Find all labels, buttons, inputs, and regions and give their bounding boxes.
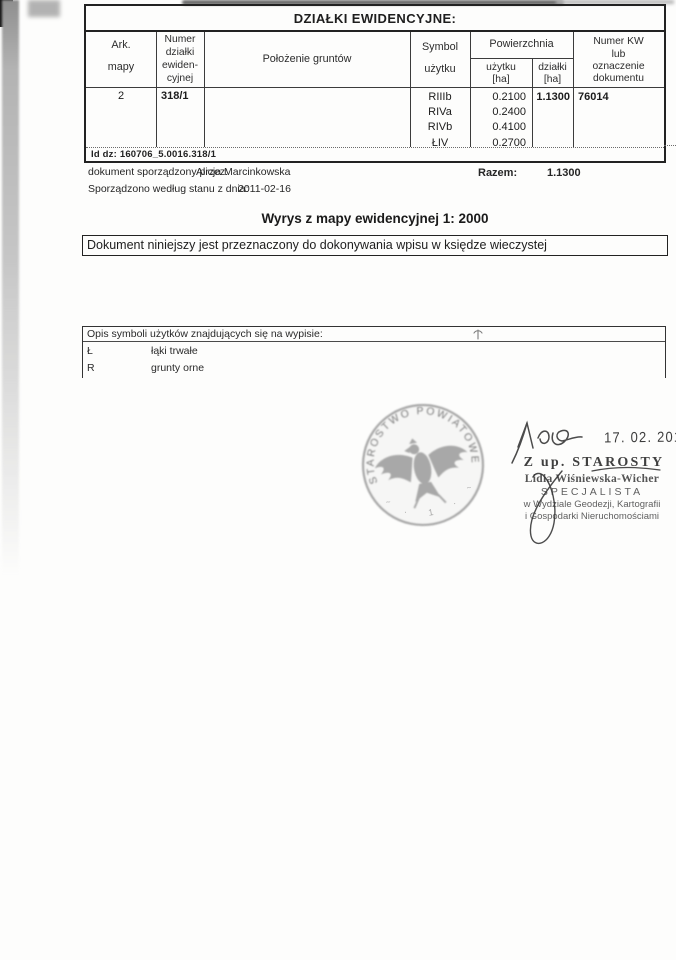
parcel-id-line: Id dz: 160706_5.0016.318/1 [91, 149, 216, 160]
cell-uzytku-ha-2: 0.2400 [470, 106, 526, 118]
cadastral-table: DZIAŁKI EWIDENCYJNE: Ark. mapy Numer dzi… [84, 4, 666, 163]
symbol-L: Ł [87, 345, 93, 357]
table-title: DZIAŁKI EWIDENCYJNE: [86, 6, 664, 32]
col-header-numer: Numer [156, 34, 204, 45]
subcol-uzytku: użytku [470, 62, 532, 73]
col-header-kw3: oznaczenie [573, 61, 664, 72]
scan-corner-smudge [28, 0, 60, 17]
prepared-by-value: Alicja Marcinkowska [196, 166, 291, 178]
subcol-dzialki-unit: [ha] [532, 74, 573, 85]
stray-pen-mark-icon [471, 328, 485, 342]
symbol-R-desc: grunty orne [151, 362, 204, 374]
dotted-separator-overhang [664, 145, 676, 146]
col-header-ewiden: ewiden- [156, 60, 204, 71]
cell-symbol-3: RIVb [410, 121, 470, 133]
symbols-box: Opis symboli użytków znajdujących się na… [82, 326, 666, 378]
symbols-box-title: Opis symboli użytków znajdujących się na… [83, 327, 665, 342]
col-header-mapy: mapy [86, 61, 156, 73]
cell-symbol-1: RIIIb [410, 91, 470, 103]
map-extract-title: Wyrys z mapy ewidencyjnej 1: 2000 [84, 211, 666, 226]
col-header-powierzchnia: Powierzchnia [470, 38, 573, 50]
subcol-dzialki: działki [532, 62, 573, 73]
scanned-cadastral-document: DZIAŁKI EWIDENCYJNE: Ark. mapy Numer dzi… [0, 0, 676, 960]
cell-uzytku-ha-3: 0.4100 [470, 121, 526, 133]
scan-edge-shadow [2, 0, 19, 575]
dotted-separator [86, 147, 664, 148]
paraph-loop-1 [538, 431, 549, 443]
cell-numer-kw: 76014 [578, 91, 609, 103]
symbol-R: R [87, 362, 95, 374]
cell-numer-dzialki: 318/1 [161, 90, 189, 102]
cell-uzytku-ha-1: 0.2100 [470, 91, 526, 103]
symbol-L-desc: łąki trwałe [151, 345, 198, 357]
subcol-uzytku-unit: [ha] [470, 74, 532, 85]
status-date-label: Sporządzono według stanu z dnia: [88, 183, 249, 195]
paraph-loop-2 [552, 430, 582, 444]
col-header-symbol: Symbol [410, 41, 470, 53]
col-header-uzytku: użytku [410, 63, 470, 75]
col-header-kw2: lub [573, 49, 664, 60]
purpose-note-box: Dokument niniejszy jest przeznaczony do … [82, 235, 668, 256]
col-header-polozenie: Położenie gruntów [204, 53, 410, 65]
razem-label: Razem: [478, 167, 517, 179]
razem-value: 1.1300 [547, 167, 581, 179]
status-date-value: 2011-02-16 [238, 183, 291, 195]
col-header-dzialki: działki [156, 47, 204, 58]
grid-line [204, 32, 205, 147]
handwritten-signature [500, 415, 676, 565]
cell-ark-mapy: 2 [86, 90, 156, 102]
signature-underline [592, 468, 660, 472]
col-header-kw4: dokumentu [573, 73, 664, 84]
signature-loop [530, 471, 562, 543]
col-header-kw1: Numer KW [573, 36, 664, 47]
cell-symbol-4: ŁIV [410, 137, 470, 149]
cell-uzytku-ha-4: 0.2700 [470, 137, 526, 149]
round-official-stamp: STAROSTWO POWIATOWE · 1 · ~ ~ [350, 398, 500, 538]
col-header-ark: Ark. [86, 39, 156, 51]
col-header-cyjnej: cyjnej [156, 73, 204, 84]
grid-line [86, 87, 664, 88]
cell-dzialki-ha: 1.1300 [532, 91, 570, 103]
cell-symbol-2: RIVa [410, 106, 470, 118]
grid-line [470, 58, 573, 59]
